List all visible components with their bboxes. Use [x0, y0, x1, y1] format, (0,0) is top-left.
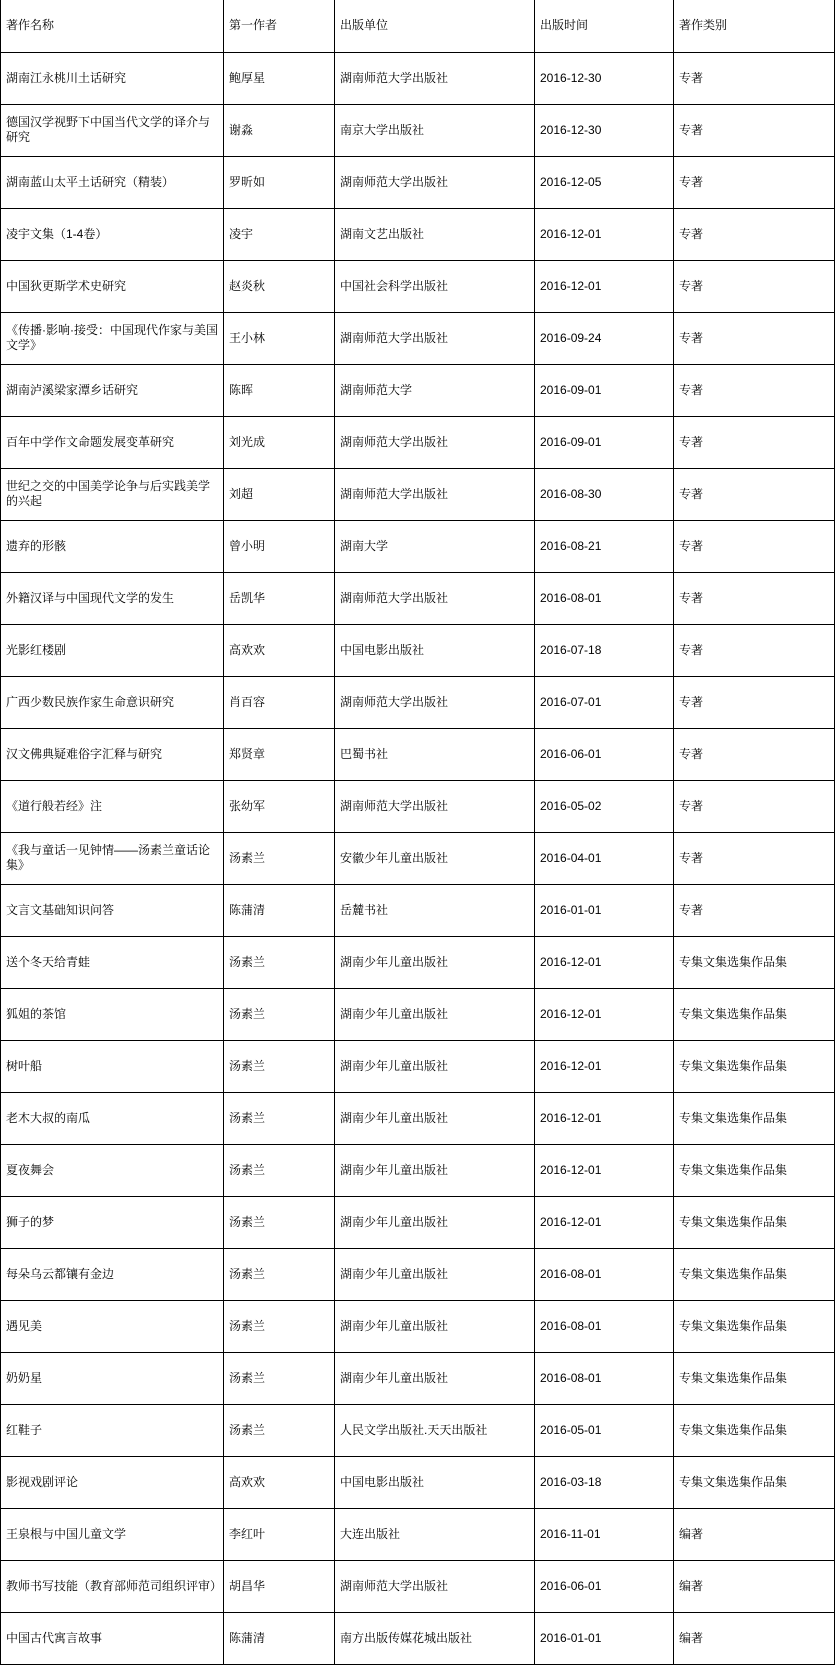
cell-author: 凌宇	[224, 208, 335, 260]
cell-date: 2016-01-01	[535, 884, 674, 936]
cell-publisher: 湖南师范大学出版社	[335, 468, 535, 520]
cell-author: 汤素兰	[224, 1040, 335, 1092]
table-row: 奶奶星汤素兰湖南少年儿童出版社2016-08-01专集文集选集作品集	[1, 1352, 835, 1404]
cell-category: 专著	[674, 520, 835, 572]
header-row: 著作名称 第一作者 出版单位 出版时间 著作类别	[1, 0, 835, 52]
cell-title: 遇见美	[1, 1300, 224, 1352]
cell-category: 专著	[674, 676, 835, 728]
cell-publisher: 湖南少年儿童出版社	[335, 1144, 535, 1196]
cell-publisher: 安徽少年儿童出版社	[335, 832, 535, 884]
cell-category: 专著	[674, 884, 835, 936]
table-row: 红鞋子汤素兰人民文学出版社.天天出版社2016-05-01专集文集选集作品集	[1, 1404, 835, 1456]
cell-publisher: 大连出版社	[335, 1508, 535, 1560]
cell-date: 2016-08-01	[535, 1300, 674, 1352]
cell-publisher: 巴蜀书社	[335, 728, 535, 780]
cell-category: 专集文集选集作品集	[674, 1456, 835, 1508]
table-row: 世纪之交的中国美学论争与后实践美学的兴起刘超湖南师范大学出版社2016-08-3…	[1, 468, 835, 520]
cell-category: 专著	[674, 260, 835, 312]
cell-category: 专集文集选集作品集	[674, 1404, 835, 1456]
cell-author: 汤素兰	[224, 1248, 335, 1300]
cell-author: 肖百容	[224, 676, 335, 728]
cell-author: 汤素兰	[224, 988, 335, 1040]
cell-publisher: 湖南师范大学	[335, 364, 535, 416]
cell-category: 专著	[674, 468, 835, 520]
cell-title: 中国狄更斯学术史研究	[1, 260, 224, 312]
cell-publisher: 湖南少年儿童出版社	[335, 1040, 535, 1092]
column-header-date: 出版时间	[535, 0, 674, 52]
cell-publisher: 湖南师范大学出版社	[335, 52, 535, 104]
table-row: 遗弃的形骸曾小明湖南大学2016-08-21专著	[1, 520, 835, 572]
cell-title: 狮子的梦	[1, 1196, 224, 1248]
cell-date: 2016-03-18	[535, 1456, 674, 1508]
cell-author: 汤素兰	[224, 936, 335, 988]
cell-title: 《传播·影响·接受：中国现代作家与美国文学》	[1, 312, 224, 364]
table-row: 王泉根与中国儿童文学李红叶大连出版社2016-11-01编著	[1, 1508, 835, 1560]
cell-author: 张幼军	[224, 780, 335, 832]
cell-publisher: 湖南师范大学出版社	[335, 780, 535, 832]
cell-date: 2016-08-21	[535, 520, 674, 572]
cell-author: 汤素兰	[224, 1352, 335, 1404]
table-row: 教师书写技能（教育部师范司组织评审）胡昌华湖南师范大学出版社2016-06-01…	[1, 1560, 835, 1612]
table-row: 狐姐的茶馆汤素兰湖南少年儿童出版社2016-12-01专集文集选集作品集	[1, 988, 835, 1040]
cell-date: 2016-11-01	[535, 1508, 674, 1560]
cell-date: 2016-07-18	[535, 624, 674, 676]
cell-author: 汤素兰	[224, 1404, 335, 1456]
table-row: 湖南江永桃川土话研究鲍厚星湖南师范大学出版社2016-12-30专著	[1, 52, 835, 104]
table-body: 湖南江永桃川土话研究鲍厚星湖南师范大学出版社2016-12-30专著德国汉学视野…	[1, 52, 835, 1664]
cell-title: 影视戏剧评论	[1, 1456, 224, 1508]
cell-date: 2016-06-01	[535, 1560, 674, 1612]
cell-date: 2016-08-30	[535, 468, 674, 520]
cell-category: 专集文集选集作品集	[674, 1300, 835, 1352]
cell-category: 专集文集选集作品集	[674, 1196, 835, 1248]
table-row: 外籍汉译与中国现代文学的发生岳凯华湖南师范大学出版社2016-08-01专著	[1, 572, 835, 624]
table-row: 中国古代寓言故事陈蒲清南方出版传媒花城出版社2016-01-01编著	[1, 1612, 835, 1664]
cell-author: 汤素兰	[224, 1144, 335, 1196]
cell-category: 专著	[674, 52, 835, 104]
cell-author: 汤素兰	[224, 1300, 335, 1352]
cell-author: 赵炎秋	[224, 260, 335, 312]
cell-author: 高欢欢	[224, 1456, 335, 1508]
cell-author: 郑贤章	[224, 728, 335, 780]
cell-title: 送个冬天给青蛙	[1, 936, 224, 988]
cell-publisher: 南方出版传媒花城出版社	[335, 1612, 535, 1664]
cell-category: 专集文集选集作品集	[674, 1040, 835, 1092]
cell-title: 红鞋子	[1, 1404, 224, 1456]
cell-publisher: 湖南师范大学出版社	[335, 416, 535, 468]
cell-publisher: 湖南师范大学出版社	[335, 676, 535, 728]
cell-category: 专集文集选集作品集	[674, 1144, 835, 1196]
cell-author: 陈蒲清	[224, 884, 335, 936]
table-row: 夏夜舞会汤素兰湖南少年儿童出版社2016-12-01专集文集选集作品集	[1, 1144, 835, 1196]
cell-title: 奶奶星	[1, 1352, 224, 1404]
cell-author: 刘超	[224, 468, 335, 520]
cell-publisher: 湖南少年儿童出版社	[335, 936, 535, 988]
table-row: 湖南泸溪梁家潭乡话研究陈晖湖南师范大学2016-09-01专著	[1, 364, 835, 416]
cell-date: 2016-12-01	[535, 1040, 674, 1092]
cell-title: 湖南泸溪梁家潭乡话研究	[1, 364, 224, 416]
cell-publisher: 湖南少年儿童出版社	[335, 1248, 535, 1300]
cell-publisher: 湖南大学	[335, 520, 535, 572]
cell-category: 专集文集选集作品集	[674, 936, 835, 988]
cell-author: 王小林	[224, 312, 335, 364]
cell-date: 2016-05-01	[535, 1404, 674, 1456]
cell-author: 鲍厚星	[224, 52, 335, 104]
cell-publisher: 湖南少年儿童出版社	[335, 1352, 535, 1404]
cell-date: 2016-08-01	[535, 1352, 674, 1404]
table-row: 百年中学作文命题发展变革研究刘光成湖南师范大学出版社2016-09-01专著	[1, 416, 835, 468]
cell-title: 狐姐的茶馆	[1, 988, 224, 1040]
table-row: 影视戏剧评论高欢欢中国电影出版社2016-03-18专集文集选集作品集	[1, 1456, 835, 1508]
cell-publisher: 湖南少年儿童出版社	[335, 988, 535, 1040]
cell-category: 编著	[674, 1612, 835, 1664]
cell-category: 专著	[674, 364, 835, 416]
table-row: 《我与童话一见钟情——汤素兰童话论集》汤素兰安徽少年儿童出版社2016-04-0…	[1, 832, 835, 884]
cell-author: 罗昕如	[224, 156, 335, 208]
table-row: 每朵乌云都镶有金边汤素兰湖南少年儿童出版社2016-08-01专集文集选集作品集	[1, 1248, 835, 1300]
cell-category: 专著	[674, 416, 835, 468]
column-header-author: 第一作者	[224, 0, 335, 52]
cell-publisher: 湖南少年儿童出版社	[335, 1300, 535, 1352]
table-row: 树叶船汤素兰湖南少年儿童出版社2016-12-01专集文集选集作品集	[1, 1040, 835, 1092]
cell-date: 2016-12-01	[535, 260, 674, 312]
cell-publisher: 湖南少年儿童出版社	[335, 1196, 535, 1248]
table-row: 凌宇文集（1-4卷）凌宇湖南文艺出版社2016-12-01专著	[1, 208, 835, 260]
cell-publisher: 南京大学出版社	[335, 104, 535, 156]
table-row: 中国狄更斯学术史研究赵炎秋中国社会科学出版社2016-12-01专著	[1, 260, 835, 312]
cell-date: 2016-06-01	[535, 728, 674, 780]
cell-title: 德国汉学视野下中国当代文学的译介与研究	[1, 104, 224, 156]
cell-publisher: 人民文学出版社.天天出版社	[335, 1404, 535, 1456]
cell-title: 湖南江永桃川土话研究	[1, 52, 224, 104]
cell-category: 专著	[674, 780, 835, 832]
cell-date: 2016-01-01	[535, 1612, 674, 1664]
cell-title: 凌宇文集（1-4卷）	[1, 208, 224, 260]
cell-title: 汉文佛典疑难俗字汇释与研究	[1, 728, 224, 780]
cell-author: 汤素兰	[224, 832, 335, 884]
cell-author: 谢淼	[224, 104, 335, 156]
table-row: 《道行般若经》注张幼军湖南师范大学出版社2016-05-02专著	[1, 780, 835, 832]
cell-date: 2016-09-24	[535, 312, 674, 364]
table-row: 光影红楼剧高欢欢中国电影出版社2016-07-18专著	[1, 624, 835, 676]
cell-date: 2016-12-05	[535, 156, 674, 208]
cell-author: 曾小明	[224, 520, 335, 572]
column-header-category: 著作类别	[674, 0, 835, 52]
cell-publisher: 中国电影出版社	[335, 1456, 535, 1508]
cell-date: 2016-12-01	[535, 208, 674, 260]
cell-category: 专著	[674, 728, 835, 780]
cell-date: 2016-12-01	[535, 1144, 674, 1196]
cell-category: 专著	[674, 572, 835, 624]
cell-title: 夏夜舞会	[1, 1144, 224, 1196]
cell-category: 专著	[674, 312, 835, 364]
table-header: 著作名称 第一作者 出版单位 出版时间 著作类别	[1, 0, 835, 52]
cell-date: 2016-08-01	[535, 572, 674, 624]
table-row: 送个冬天给青蛙汤素兰湖南少年儿童出版社2016-12-01专集文集选集作品集	[1, 936, 835, 988]
cell-title: 王泉根与中国儿童文学	[1, 1508, 224, 1560]
cell-author: 汤素兰	[224, 1092, 335, 1144]
cell-author: 汤素兰	[224, 1196, 335, 1248]
table-row: 老木大叔的南瓜汤素兰湖南少年儿童出版社2016-12-01专集文集选集作品集	[1, 1092, 835, 1144]
cell-category: 专著	[674, 832, 835, 884]
cell-publisher: 湖南师范大学出版社	[335, 572, 535, 624]
cell-date: 2016-04-01	[535, 832, 674, 884]
cell-publisher: 岳麓书社	[335, 884, 535, 936]
cell-category: 专集文集选集作品集	[674, 1248, 835, 1300]
cell-author: 李红叶	[224, 1508, 335, 1560]
cell-title: 外籍汉译与中国现代文学的发生	[1, 572, 224, 624]
cell-title: 遗弃的形骸	[1, 520, 224, 572]
cell-title: 百年中学作文命题发展变革研究	[1, 416, 224, 468]
cell-category: 编著	[674, 1508, 835, 1560]
cell-title: 老木大叔的南瓜	[1, 1092, 224, 1144]
cell-publisher: 湖南少年儿童出版社	[335, 1092, 535, 1144]
cell-publisher: 中国社会科学出版社	[335, 260, 535, 312]
cell-title: 广西少数民族作家生命意识研究	[1, 676, 224, 728]
cell-category: 专著	[674, 104, 835, 156]
cell-title: 《道行般若经》注	[1, 780, 224, 832]
cell-category: 专著	[674, 624, 835, 676]
cell-date: 2016-07-01	[535, 676, 674, 728]
column-header-publisher: 出版单位	[335, 0, 535, 52]
cell-date: 2016-12-01	[535, 1196, 674, 1248]
publications-table: 著作名称 第一作者 出版单位 出版时间 著作类别 湖南江永桃川土话研究鲍厚星湖南…	[0, 0, 835, 1665]
cell-publisher: 湖南文艺出版社	[335, 208, 535, 260]
cell-category: 专著	[674, 208, 835, 260]
cell-date: 2016-12-30	[535, 104, 674, 156]
cell-category: 专集文集选集作品集	[674, 1092, 835, 1144]
cell-title: 世纪之交的中国美学论争与后实践美学的兴起	[1, 468, 224, 520]
cell-author: 胡昌华	[224, 1560, 335, 1612]
cell-title: 树叶船	[1, 1040, 224, 1092]
cell-category: 专著	[674, 156, 835, 208]
cell-title: 《我与童话一见钟情——汤素兰童话论集》	[1, 832, 224, 884]
table-row: 汉文佛典疑难俗字汇释与研究郑贤章巴蜀书社2016-06-01专著	[1, 728, 835, 780]
cell-date: 2016-09-01	[535, 364, 674, 416]
cell-date: 2016-05-02	[535, 780, 674, 832]
cell-publisher: 湖南师范大学出版社	[335, 1560, 535, 1612]
cell-publisher: 中国电影出版社	[335, 624, 535, 676]
cell-title: 湖南蓝山太平土话研究（精装）	[1, 156, 224, 208]
cell-date: 2016-08-01	[535, 1248, 674, 1300]
table-row: 湖南蓝山太平土话研究（精装）罗昕如湖南师范大学出版社2016-12-05专著	[1, 156, 835, 208]
table-row: 遇见美汤素兰湖南少年儿童出版社2016-08-01专集文集选集作品集	[1, 1300, 835, 1352]
cell-author: 陈晖	[224, 364, 335, 416]
cell-date: 2016-09-01	[535, 416, 674, 468]
table-row: 文言文基础知识问答陈蒲清岳麓书社2016-01-01专著	[1, 884, 835, 936]
cell-title: 中国古代寓言故事	[1, 1612, 224, 1664]
cell-category: 专集文集选集作品集	[674, 988, 835, 1040]
table-row: 广西少数民族作家生命意识研究肖百容湖南师范大学出版社2016-07-01专著	[1, 676, 835, 728]
cell-publisher: 湖南师范大学出版社	[335, 312, 535, 364]
cell-title: 每朵乌云都镶有金边	[1, 1248, 224, 1300]
cell-title: 光影红楼剧	[1, 624, 224, 676]
cell-author: 高欢欢	[224, 624, 335, 676]
cell-date: 2016-12-01	[535, 936, 674, 988]
cell-title: 教师书写技能（教育部师范司组织评审）	[1, 1560, 224, 1612]
cell-author: 刘光成	[224, 416, 335, 468]
cell-category: 编著	[674, 1560, 835, 1612]
cell-date: 2016-12-30	[535, 52, 674, 104]
cell-publisher: 湖南师范大学出版社	[335, 156, 535, 208]
table-row: 狮子的梦汤素兰湖南少年儿童出版社2016-12-01专集文集选集作品集	[1, 1196, 835, 1248]
cell-category: 专集文集选集作品集	[674, 1352, 835, 1404]
table-row: 德国汉学视野下中国当代文学的译介与研究谢淼南京大学出版社2016-12-30专著	[1, 104, 835, 156]
column-header-title: 著作名称	[1, 0, 224, 52]
cell-title: 文言文基础知识问答	[1, 884, 224, 936]
cell-author: 岳凯华	[224, 572, 335, 624]
cell-author: 陈蒲清	[224, 1612, 335, 1664]
table-row: 《传播·影响·接受：中国现代作家与美国文学》王小林湖南师范大学出版社2016-0…	[1, 312, 835, 364]
cell-date: 2016-12-01	[535, 988, 674, 1040]
cell-date: 2016-12-01	[535, 1092, 674, 1144]
page: 著作名称 第一作者 出版单位 出版时间 著作类别 湖南江永桃川土话研究鲍厚星湖南…	[0, 0, 839, 1665]
